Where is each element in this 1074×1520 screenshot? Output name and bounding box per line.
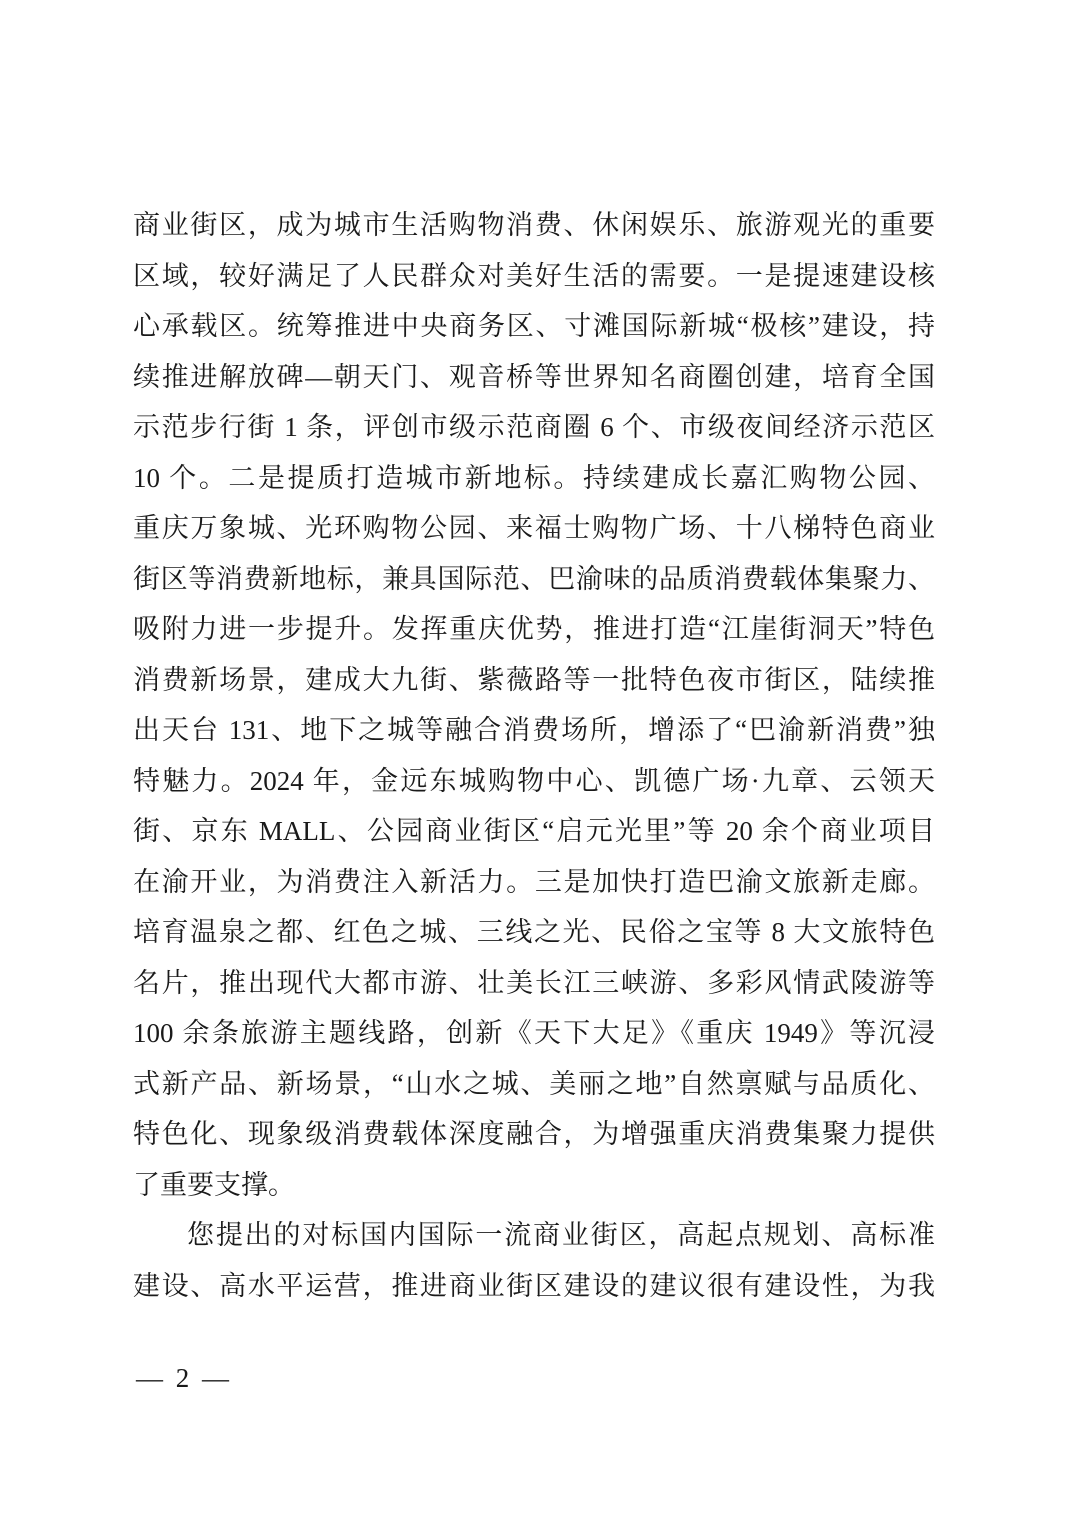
text-line: 建设、高水平运营，推进商业街区建设的建议很有建设性，为我 [133, 1261, 935, 1312]
document-body: 商业街区，成为城市生活购物消费、休闲娱乐、旅游观光的重要 区域，较好满足了人民群… [133, 200, 935, 1311]
text-line: 续推进解放碑—朝天门、观音桥等世界知名商圈创建，培育全国 [133, 352, 935, 403]
text-line: 特色化、现象级消费载体深度融合，为增强重庆消费集聚力提供 [133, 1109, 935, 1160]
text-line: 式新产品、新场景，“山水之城、美丽之地”自然禀赋与品质化、 [133, 1059, 935, 1110]
text-line: 街区等消费新地标，兼具国际范、巴渝味的品质消费载体集聚力、 [133, 554, 935, 605]
text-line: 特魅力。2024 年，金远东城购物中心、凯德广场·九章、云领天 [133, 756, 935, 807]
text-line: 重庆万象城、光环购物公园、来福士购物广场、十八梯特色商业 [133, 503, 935, 554]
page-number: — 2 — [136, 1360, 232, 1396]
text-line: 心承载区。统筹推进中央商务区、寸滩国际新城“极核”建设，持 [133, 301, 935, 352]
text-line: 出天台 131、地下之城等融合消费场所，增添了“巴渝新消费”独 [133, 705, 935, 756]
text-line: 您提出的对标国内国际一流商业街区，高起点规划、高标准 [133, 1210, 935, 1261]
text-line: 商业街区，成为城市生活购物消费、休闲娱乐、旅游观光的重要 [133, 200, 935, 251]
text-line: 街、京东 MALL、公园商业街区“启元光里”等 20 余个商业项目 [133, 806, 935, 857]
paragraph-1: 商业街区，成为城市生活购物消费、休闲娱乐、旅游观光的重要 区域，较好满足了人民群… [133, 200, 935, 1210]
paragraph-2: 您提出的对标国内国际一流商业街区，高起点规划、高标准 建设、高水平运营，推进商业… [133, 1210, 935, 1311]
document-page: 商业街区，成为城市生活购物消费、休闲娱乐、旅游观光的重要 区域，较好满足了人民群… [0, 0, 1074, 1520]
text-line: 消费新场景，建成大九街、紫薇路等一批特色夜市街区，陆续推 [133, 655, 935, 706]
text-line: 吸附力进一步提升。发挥重庆优势，推进打造“江崖街洞天”特色 [133, 604, 935, 655]
text-line: 了重要支撑。 [133, 1160, 935, 1211]
text-line: 名片，推出现代大都市游、壮美长江三峡游、多彩风情武陵游等 [133, 958, 935, 1009]
text-line: 区域，较好满足了人民群众对美好生活的需要。一是提速建设核 [133, 251, 935, 302]
text-line: 10 个。二是提质打造城市新地标。持续建成长嘉汇购物公园、 [133, 453, 935, 504]
text-line: 示范步行街 1 条，评创市级示范商圈 6 个、市级夜间经济示范区 [133, 402, 935, 453]
text-line: 100 余条旅游主题线路，创新《天下大足》《重庆 1949》等沉浸 [133, 1008, 935, 1059]
text-line: 在渝开业，为消费注入新活力。三是加快打造巴渝文旅新走廊。 [133, 857, 935, 908]
text-line: 培育温泉之都、红色之城、三线之光、民俗之宝等 8 大文旅特色 [133, 907, 935, 958]
